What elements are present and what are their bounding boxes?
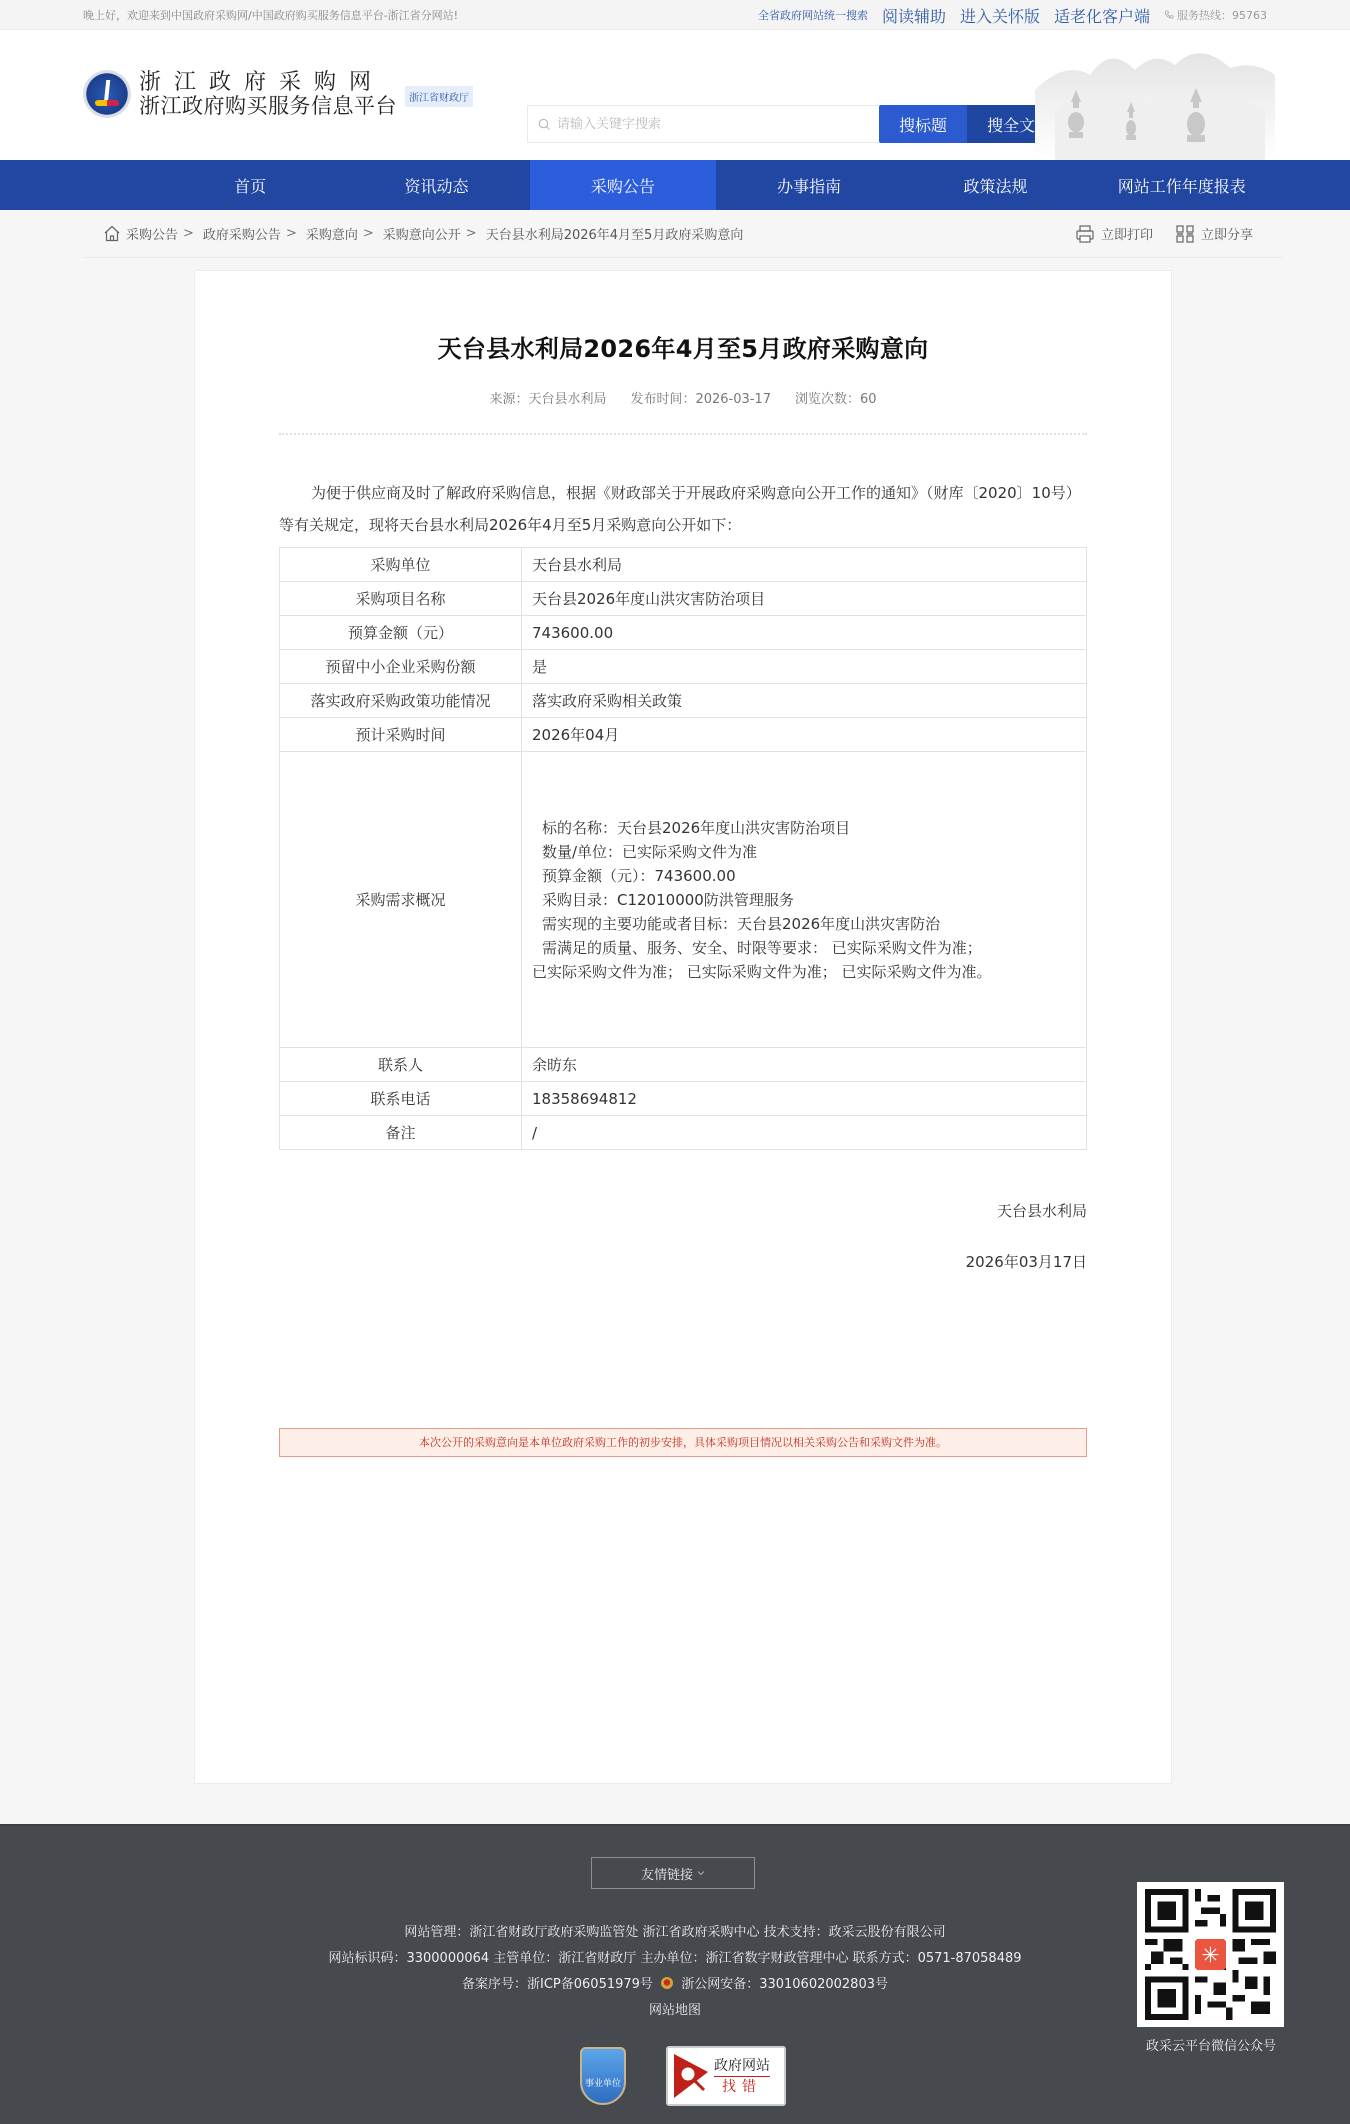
breadcrumb-separator: > (286, 226, 297, 241)
breadcrumb-separator: > (363, 226, 374, 241)
home-icon[interactable] (103, 225, 121, 242)
breadcrumb-bar: 采购公告> 政府采购公告> 采购意向> 采购意向公开> 天台县水利局2026年4… (83, 210, 1283, 258)
icp-link[interactable]: 备案序号：浙ICP备06051979号 (462, 1977, 653, 1992)
logo-title: 浙江政府采购网 (139, 71, 397, 94)
nav-item-procurement-notice[interactable]: 采购公告 (530, 160, 716, 210)
procurement-info-table: 采购单位天台县水利局 采购项目名称天台县2026年度山洪灾害防治项目 预算金额（… (279, 547, 1087, 1150)
table-row: 落实政府采购政策功能情况落实政府采购相关政策 (280, 684, 1087, 718)
table-row: 联系电话18358694812 (280, 1082, 1087, 1116)
table-value: 天台县水利局 (522, 548, 1087, 582)
police-record-link[interactable]: 浙公网安备：33010602002803号 (681, 1977, 888, 1992)
table-key: 落实政府采购政策功能情况 (280, 684, 522, 718)
table-value: 落实政府采购相关政策 (522, 684, 1087, 718)
table-key: 采购需求概况 (280, 752, 522, 1048)
disclaimer-notice: 本次公开的采购意向是本单位政府采购工作的初步安排，具体采购项目情况以相关采购公告… (279, 1428, 1087, 1457)
wechat-qrcode: ✳ (1137, 1882, 1284, 2027)
breadcrumb-separator: > (466, 226, 477, 241)
qrcode-label: 政采云平台微信公众号 (1128, 2035, 1294, 2054)
public-institution-badge[interactable]: 事业单位 (580, 2047, 626, 2105)
table-row: 采购单位天台县水利局 (280, 548, 1087, 582)
top-bar: 晚上好，欢迎来到中国政府采购网/中国政府购买服务信息平台-浙江省分网站! 全省政… (0, 0, 1350, 30)
printer-icon (1075, 224, 1095, 244)
table-row-summary: 采购需求概况 标的名称：天台县2026年度山洪灾害防治项目 数量/单位：已实际采… (280, 752, 1087, 1048)
article-card: 天台县水利局2026年4月至5月政府采购意向 来源：天台县水利局 发布时间：20… (194, 270, 1172, 1784)
search-title-button[interactable]: 搜标题 (879, 105, 967, 143)
summary-line: 标的名称：天台县2026年度山洪灾害防治项目 (542, 816, 1076, 840)
site-footer: 友情链接 网站管理：浙江省财政厅政府采购监管处 浙江省政府采购中心 技术支持：政… (0, 1824, 1350, 2124)
table-value: 天台县2026年度山洪灾害防治项目 (522, 582, 1087, 616)
table-value: 2026年04月 (522, 718, 1087, 752)
breadcrumb-item[interactable]: 采购公告 (126, 224, 178, 243)
table-value: 743600.00 (522, 616, 1087, 650)
elderly-client-link[interactable]: 适老化客户端 (1054, 4, 1150, 27)
requirement-summary: 标的名称：天台县2026年度山洪灾害防治项目 数量/单位：已实际采购文件为准 预… (532, 816, 1076, 984)
table-key: 预留中小企业采购份额 (280, 650, 522, 684)
article-publish-time: 发布时间：2026-03-17 (630, 388, 771, 407)
table-row: 备注/ (280, 1116, 1087, 1150)
share-button[interactable]: 立即分享 (1175, 224, 1253, 244)
table-value: 18358694812 (522, 1082, 1087, 1116)
friend-links-dropdown[interactable]: 友情链接 (591, 1857, 755, 1889)
main-nav: 首页 资讯动态 采购公告 办事指南 政策法规 网站工作年度报表 (0, 160, 1350, 210)
zhaocuo-line2: 找错 (722, 2077, 762, 2097)
summary-line: 预算金额（元）：743600.00 (542, 864, 1076, 888)
reading-assist-link[interactable]: 阅读辅助 (882, 4, 946, 27)
signature-date: 2026年03月17日 (279, 1251, 1087, 1272)
shield-badge-label: 事业单位 (585, 2076, 621, 2089)
nav-item-policy[interactable]: 政策法规 (902, 160, 1088, 210)
table-key: 采购项目名称 (280, 582, 522, 616)
nav-item-guide[interactable]: 办事指南 (716, 160, 902, 210)
breadcrumb-item[interactable]: 采购意向公开 (383, 224, 461, 243)
qrcode-image: ✳ (1144, 1889, 1277, 2020)
hotline-text: 服务热线：95763 (1177, 7, 1267, 23)
logo-emblem-icon (83, 70, 131, 118)
logo-badge: 浙江省财政厅 (405, 86, 473, 107)
chevron-down-icon (697, 1870, 705, 1876)
signature: 天台县水利局 (279, 1200, 1087, 1221)
site-header: 浙江政府采购网 浙江政府购买服务信息平台 浙江省财政厅 搜标题 搜全文 (0, 30, 1350, 160)
summary-line: 需实现的主要功能或者目标：天台县2026年度山洪灾害防治 (542, 912, 1076, 936)
article-content: 为便于供应商及时了解政府采购信息，根据《财政部关于开展政府采购意向公开工作的通知… (279, 477, 1087, 1457)
search-input[interactable] (557, 117, 857, 132)
breadcrumb-item[interactable]: 政府采购公告 (203, 224, 281, 243)
svg-text:✳: ✳ (1201, 1944, 1219, 1969)
table-key: 联系人 (280, 1048, 522, 1082)
table-value: 标的名称：天台县2026年度山洪灾害防治项目 数量/单位：已实际采购文件为准 预… (522, 752, 1087, 1048)
search-icon (538, 118, 551, 131)
article-title: 天台县水利局2026年4月至5月政府采购意向 (195, 329, 1171, 364)
site-logo[interactable]: 浙江政府采购网 浙江政府购买服务信息平台 浙江省财政厅 (83, 70, 473, 118)
footer-badges: 事业单位 政府网站 找错 (580, 2046, 786, 2106)
friend-links-label: 友情链接 (641, 1864, 693, 1883)
logo-subtitle: 浙江政府购买服务信息平台 (139, 95, 397, 117)
table-key: 采购单位 (280, 548, 522, 582)
phone-icon (1164, 10, 1174, 20)
top-links: 全省政府网站统一搜索 阅读辅助 进入关怀版 适老化客户端 服务热线：95763 (758, 4, 1267, 27)
search-bar: 搜标题 搜全文 (527, 105, 1055, 143)
qrcode-icon (1175, 224, 1195, 244)
summary-line: 已实际采购文件为准； 已实际采购文件为准； 已实际采购文件为准。 (532, 960, 1076, 984)
summary-line: 采购目录：C12010000防洪管理服务 (542, 888, 1076, 912)
breadcrumb: 采购公告> 政府采购公告> 采购意向> 采购意向公开> 天台县水利局2026年4… (103, 224, 743, 243)
breadcrumb-item[interactable]: 采购意向 (306, 224, 358, 243)
article-intro: 为便于供应商及时了解政府采购信息，根据《财政部关于开展政府采购意向公开工作的通知… (279, 477, 1087, 541)
nav-item-annual-report[interactable]: 网站工作年度报表 (1089, 160, 1275, 210)
breadcrumb-separator: > (183, 226, 194, 241)
zhaocuo-line1: 政府网站 (714, 2056, 770, 2077)
nav-item-news[interactable]: 资讯动态 (343, 160, 529, 210)
table-key: 联系电话 (280, 1082, 522, 1116)
magnifier-icon (674, 2054, 708, 2098)
summary-line: 数量/单位：已实际采购文件为准 (542, 840, 1076, 864)
nav-item-home[interactable]: 首页 (157, 160, 343, 210)
table-key: 预算金额（元） (280, 616, 522, 650)
table-row: 采购项目名称天台县2026年度山洪灾害防治项目 (280, 582, 1087, 616)
share-label: 立即分享 (1201, 224, 1253, 243)
hotline: 服务热线：95763 (1164, 7, 1267, 23)
print-label: 立即打印 (1101, 224, 1153, 243)
table-row: 预计采购时间2026年04月 (280, 718, 1087, 752)
table-row: 预算金额（元）743600.00 (280, 616, 1087, 650)
police-emblem-icon (660, 1976, 674, 1990)
divider (279, 433, 1087, 435)
unified-search-link[interactable]: 全省政府网站统一搜索 (758, 7, 868, 23)
print-button[interactable]: 立即打印 (1075, 224, 1153, 244)
table-value: / (522, 1116, 1087, 1150)
table-row: 预留中小企业采购份额是 (280, 650, 1087, 684)
article-source: 来源：天台县水利局 (489, 388, 606, 407)
table-key: 备注 (280, 1116, 522, 1150)
table-row: 联系人余昉东 (280, 1048, 1087, 1082)
search-box (527, 105, 879, 143)
article-views: 浏览次数：60 (795, 388, 877, 407)
table-key: 预计采购时间 (280, 718, 522, 752)
summary-line: 需满足的质量、服务、安全、时限等要求： 已实际采购文件为准； (542, 936, 1076, 960)
care-version-link[interactable]: 进入关怀版 (960, 4, 1040, 27)
table-value: 是 (522, 650, 1087, 684)
gov-site-error-report-badge[interactable]: 政府网站 找错 (666, 2046, 786, 2106)
welcome-text: 晚上好，欢迎来到中国政府采购网/中国政府购买服务信息平台-浙江省分网站! (83, 7, 458, 23)
breadcrumb-current: 天台县水利局2026年4月至5月政府采购意向 (486, 224, 744, 243)
pagoda-scenery-image (1035, 30, 1275, 160)
article-meta: 来源：天台县水利局 发布时间：2026-03-17 浏览次数：60 (195, 388, 1171, 407)
table-value: 余昉东 (522, 1048, 1087, 1082)
